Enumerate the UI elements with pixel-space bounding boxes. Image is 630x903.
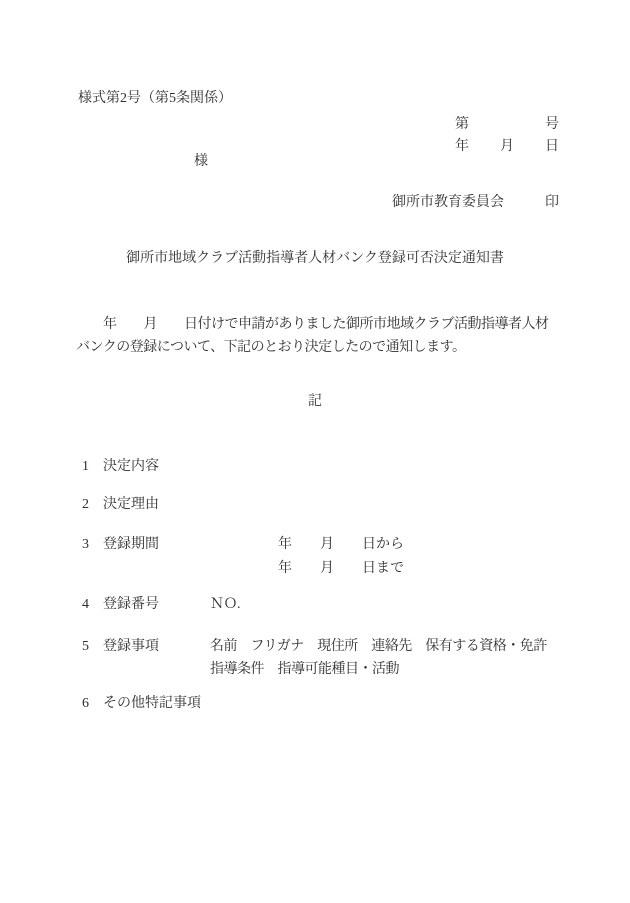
seal-placeholder: 印 (545, 196, 559, 210)
registered-fields-line1: 名前 フリガナ 現住所 連絡先 保有する資格・免許 (210, 640, 547, 654)
notification-document-page: 様式第2号（第5条関係） 第 号 年 月 日 様 御所市教育委員会 印 御所市地… (0, 0, 630, 903)
item-decision-content: 1 決定内容 (0, 460, 630, 478)
item-number: 6 (82, 697, 89, 711)
item-number: 1 (82, 460, 89, 474)
registration-number-prefix: ＮＯ. (210, 598, 240, 612)
item-label: 決定理由 (103, 498, 159, 512)
item-label: その他特記事項 (103, 697, 201, 711)
item-number: 5 (82, 640, 89, 654)
item-other-notes: 6 その他特記事項 (0, 697, 630, 715)
document-title: 御所市地域クラブ活動指導者人材バンク登録可否決定通知書 (0, 252, 630, 266)
body-paragraph-line1: 年 月 日付けで申請がありました御所市地域クラブ活動指導者人材 (103, 318, 549, 332)
item-label: 登録番号 (103, 598, 159, 612)
item-number: 4 (82, 598, 89, 612)
record-marker: 記 (0, 395, 630, 409)
item-label: 登録事項 (103, 640, 159, 654)
item-registration-number: 4 登録番号 ＮＯ. (0, 598, 630, 616)
item-registered-details-line2: 指導条件 指導可能種目・活動 (0, 663, 630, 681)
document-number-suffix: 号 (545, 118, 559, 132)
period-end-blank: 年 月 日まで (278, 562, 404, 576)
item-number: 3 (82, 538, 89, 552)
item-registration-period: 3 登録期間 年 月 日から (0, 538, 630, 556)
registered-fields-line2: 指導条件 指導可能種目・活動 (210, 663, 399, 677)
body-paragraph-line2: バンクの登録について、下記のとおり決定したので通知します。 (76, 341, 466, 355)
addressee-honorific: 様 (194, 155, 208, 169)
item-decision-reason: 2 決定理由 (0, 498, 630, 516)
item-label: 登録期間 (103, 538, 159, 552)
form-number-label: 様式第2号（第5条関係） (78, 92, 232, 106)
date-month-label: 月 (500, 140, 514, 154)
period-start-blank: 年 月 日から (278, 538, 404, 552)
item-registered-details: 5 登録事項 名前 フリガナ 現住所 連絡先 保有する資格・免許 (0, 640, 630, 658)
document-number-prefix: 第 (455, 118, 469, 132)
item-label: 決定内容 (103, 460, 159, 474)
item-number: 2 (82, 498, 89, 512)
date-day-label: 日 (545, 140, 559, 154)
issuer-name: 御所市教育委員会 (392, 196, 504, 210)
item-registration-period-end: 年 月 日まで (0, 562, 630, 580)
date-year-label: 年 (455, 140, 469, 154)
